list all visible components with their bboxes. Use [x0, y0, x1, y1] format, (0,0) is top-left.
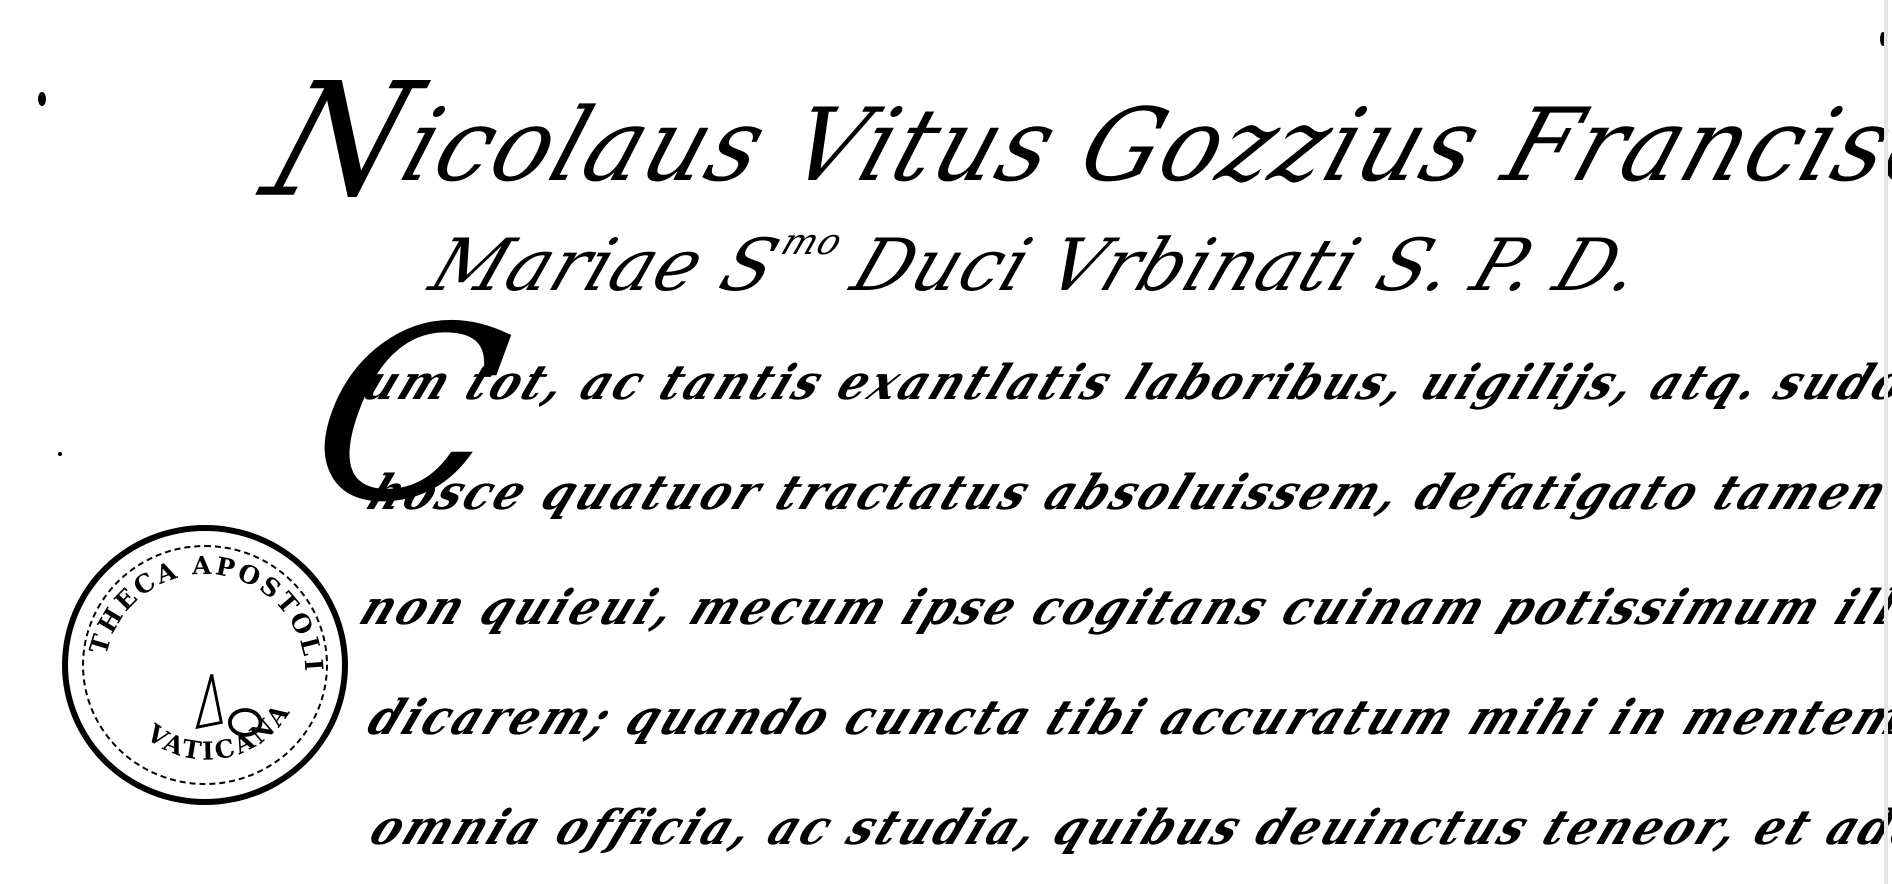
body-line: um tot, ac tantis exantlatis laboribus, … — [355, 355, 1892, 411]
page-edge — [1884, 0, 1888, 884]
body-line: omnia officia, ac studia, quibus deuinct… — [362, 800, 1892, 856]
body-line: dicarem; quando cuncta tibi accuratum mi… — [360, 690, 1892, 746]
ink-speck — [38, 92, 46, 106]
stamp-text-ring: THECA APOSTOLICA VATICANA — [68, 531, 342, 799]
header-line1-text: icolaus Vitus Gozzius Francisco — [388, 87, 1892, 205]
header-line-recipient: Mariae Smo Duci Vrbinati S. P. D. — [420, 222, 1655, 307]
body-line: non quieui, mecum ipse cogitans cuinam p… — [352, 580, 1892, 636]
stamp-text-top: THECA APOSTOLICA — [68, 531, 329, 675]
manuscript-page: Nicolaus Vitus Gozzius Francisco Mariae … — [0, 0, 1888, 884]
header-line-sender: Nicolaus Vitus Gozzius Francisco — [250, 63, 1892, 221]
body-line: hosce quatuor tractatus absoluissem, def… — [360, 465, 1892, 521]
library-stamp-icon: THECA APOSTOLICA VATICANA — [62, 525, 348, 805]
ink-speck — [58, 452, 62, 456]
svg-text:THECA APOSTOLICA: THECA APOSTOLICA — [68, 531, 329, 675]
header-line2-suffix: Duci Vrbinati S. P. D. — [818, 223, 1655, 307]
